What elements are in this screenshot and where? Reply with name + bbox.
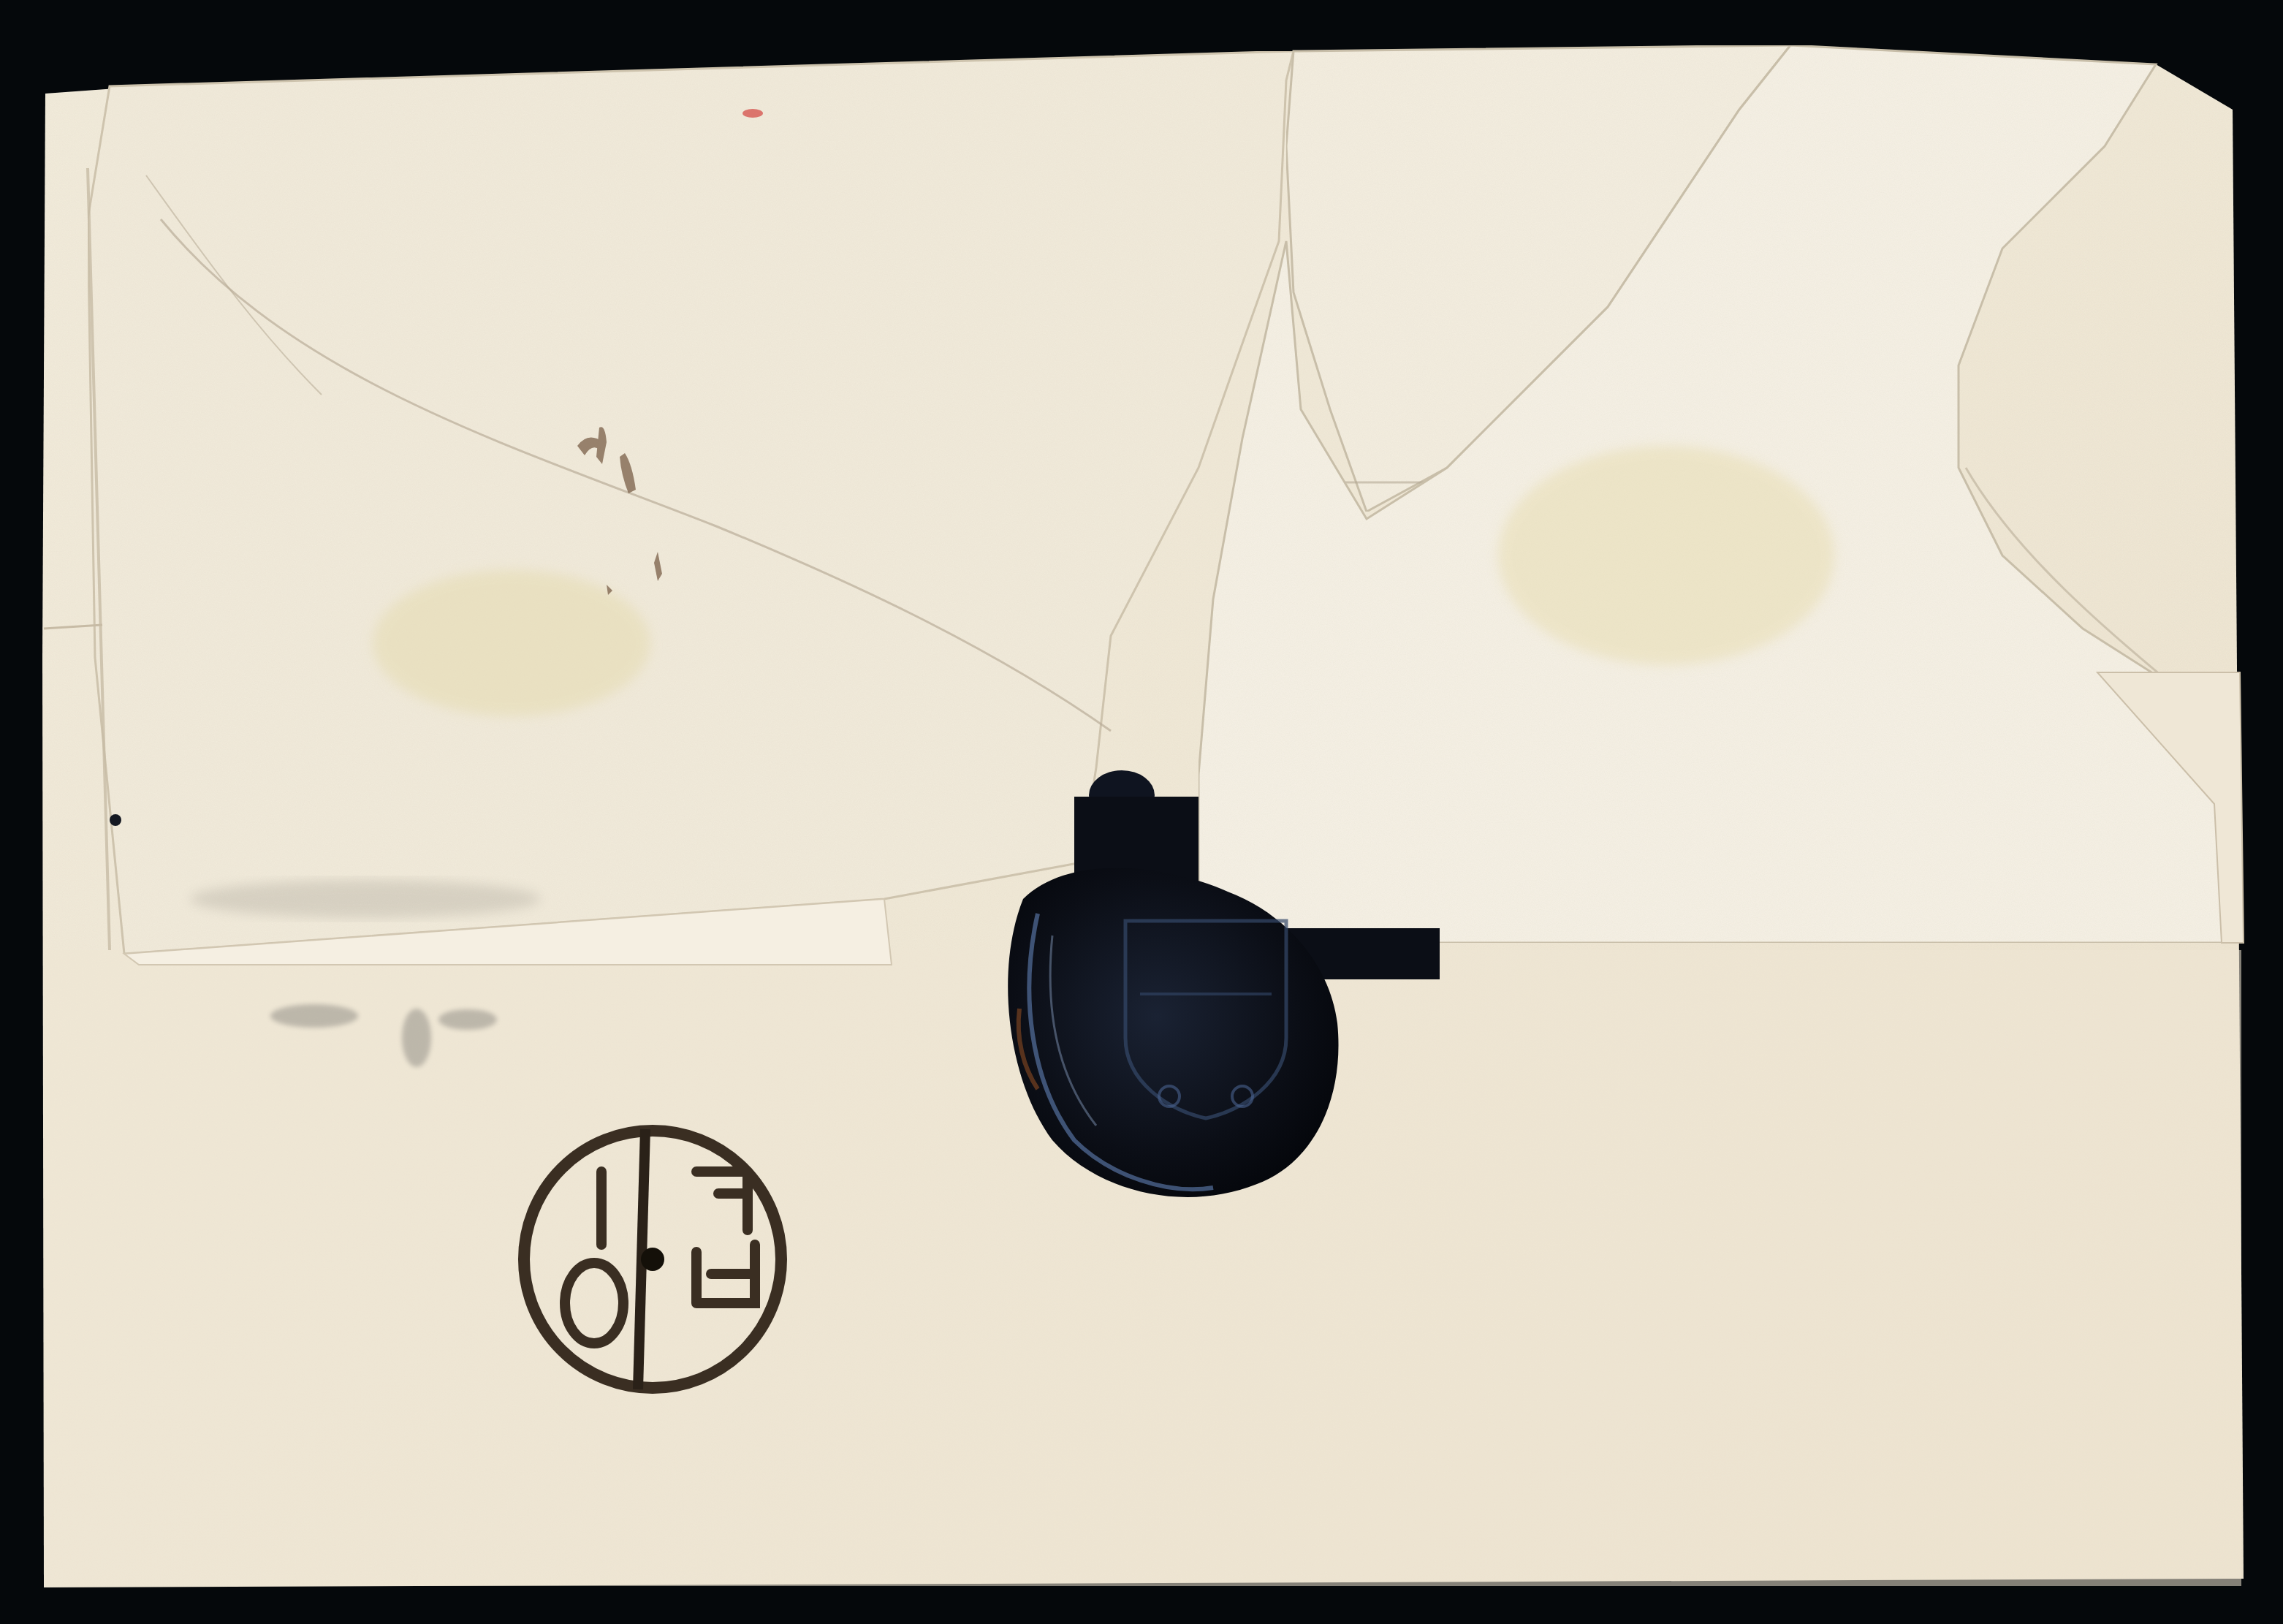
postmark-reading: 10 FE xyxy=(524,1118,526,1119)
ink-dot xyxy=(110,814,121,826)
red-smudge xyxy=(742,109,763,118)
letter-sheet-illustration xyxy=(0,0,2283,1624)
postmark-label: FE 10 10 FE xyxy=(522,1118,785,1381)
envelope-photo: Folded letter sheet (reverse) with black… xyxy=(0,0,2283,1624)
